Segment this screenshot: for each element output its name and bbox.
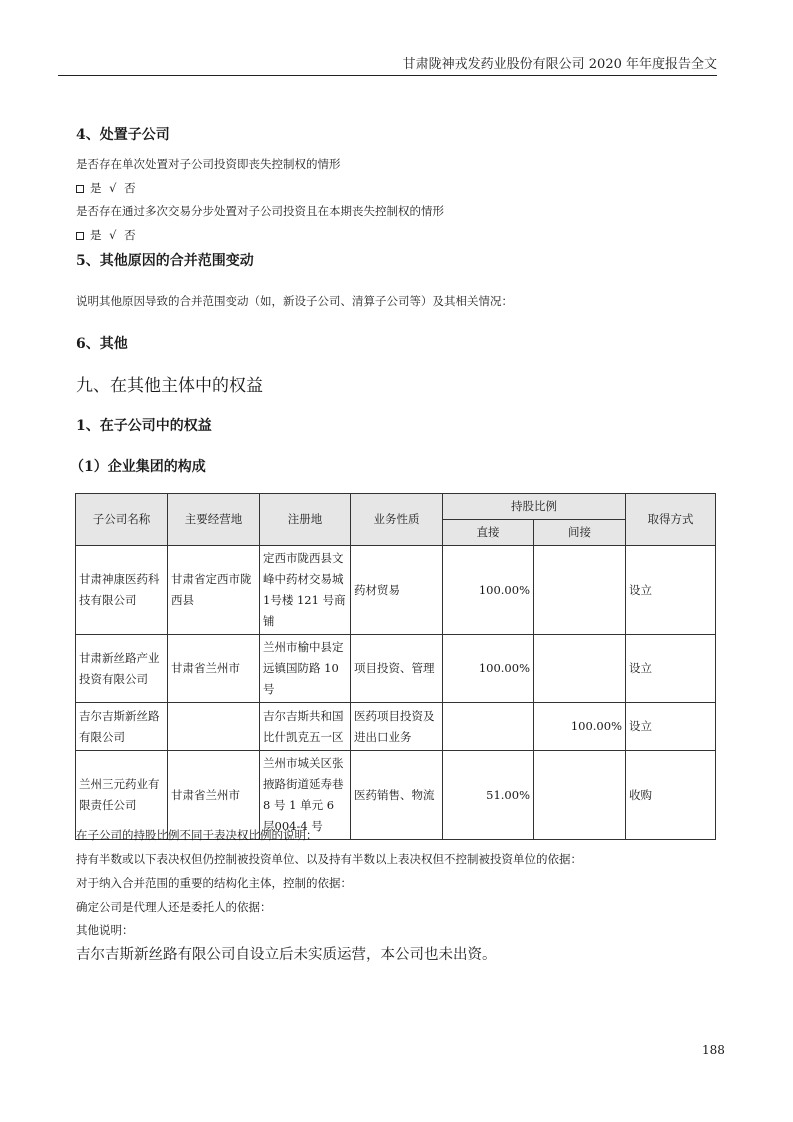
cell-direct: [443, 703, 534, 751]
checkbox-icon: [76, 232, 84, 240]
note-ratio-diff: 在子公司的持股比例不同于表决权比例的说明：: [76, 827, 318, 843]
cell-business: 医药销售、物流: [351, 751, 443, 840]
subsection-1-1-heading: （1）企业集团的构成: [70, 456, 206, 476]
header-main-place: 主要经营地: [168, 494, 260, 546]
cell-indirect: [534, 751, 626, 840]
header-indirect: 间接: [534, 520, 626, 546]
option-no: 否: [124, 228, 136, 242]
page-number: 188: [702, 1043, 725, 1057]
subsidiary-table: 子公司名称 主要经营地 注册地 业务性质 持股比例 取得方式 直接 间接 甘肃神…: [75, 493, 716, 840]
section-4-answer-2: 是 √ 否: [76, 227, 136, 243]
cell-name: 甘肃神康医药科技有限公司: [76, 546, 168, 635]
table-row: 吉尔吉斯新丝路有限公司 吉尔吉斯共和国比什凯克五一区 医药项目投资及进出口业务 …: [76, 703, 716, 751]
cell-method: 设立: [626, 546, 716, 635]
header-reg-place: 注册地: [260, 494, 351, 546]
section-4-answer-1: 是 √ 否: [76, 180, 136, 196]
section-4-question-2: 是否存在通过多次交易分步处置对子公司投资且在本期丧失控制权的情形: [76, 203, 444, 219]
header-subsidiary-name: 子公司名称: [76, 494, 168, 546]
option-yes: 是: [90, 181, 102, 195]
table-row: 甘肃新丝路产业投资有限公司 甘肃省兰州市 兰州市榆中县定远镇国防路 10 号 项…: [76, 635, 716, 703]
report-header-title: 甘肃陇神戎发药业股份有限公司 2020 年年度报告全文: [403, 53, 717, 72]
section-5-heading: 5、其他原因的合并范围变动: [76, 250, 254, 270]
cell-name: 吉尔吉斯新丝路有限公司: [76, 703, 168, 751]
note-other-label: 其他说明：: [76, 922, 134, 938]
cell-business: 项目投资、管理: [351, 635, 443, 703]
section-4-question-1: 是否存在单次处置对子公司投资即丧失控制权的情形: [76, 156, 341, 172]
header-business: 业务性质: [351, 494, 443, 546]
note-control-basis: 持有半数或以下表决权但仍控制被投资单位、以及持有半数以上表决权但不控制被投资单位…: [76, 851, 582, 867]
chapter-9-heading: 九、在其他主体中的权益: [76, 371, 263, 396]
cell-main-place: 甘肃省定西市陇西县: [168, 546, 260, 635]
cell-name: 甘肃新丝路产业投资有限公司: [76, 635, 168, 703]
cell-main-place: [168, 703, 260, 751]
cell-main-place: 甘肃省兰州市: [168, 635, 260, 703]
cell-reg-place: 定西市陇西县文峰中药材交易城1号楼 121 号商铺: [260, 546, 351, 635]
section-4-heading: 4、处置子公司: [76, 124, 170, 144]
cell-method: 收购: [626, 751, 716, 840]
section-6-heading: 6、其他: [76, 333, 128, 353]
header-share-ratio: 持股比例: [443, 494, 626, 520]
check-mark-icon: √: [109, 228, 116, 242]
table-row: 甘肃神康医药科技有限公司 甘肃省定西市陇西县 定西市陇西县文峰中药材交易城1号楼…: [76, 546, 716, 635]
cell-reg-place: 吉尔吉斯共和国比什凯克五一区: [260, 703, 351, 751]
cell-direct: 100.00%: [443, 635, 534, 703]
note-agent-principal: 确定公司是代理人还是委托人的依据：: [76, 899, 272, 915]
option-no: 否: [124, 181, 136, 195]
checkbox-icon: [76, 185, 84, 193]
cell-indirect: 100.00%: [534, 703, 626, 751]
check-mark-icon: √: [109, 181, 116, 195]
cell-reg-place: 兰州市榆中县定远镇国防路 10 号: [260, 635, 351, 703]
cell-indirect: [534, 546, 626, 635]
option-yes: 是: [90, 228, 102, 242]
section-5-description: 说明其他原因导致的合并范围变动（如，新设子公司、清算子公司等）及其相关情况：: [76, 293, 513, 309]
header-direct: 直接: [443, 520, 534, 546]
cell-business: 药材贸易: [351, 546, 443, 635]
cell-method: 设立: [626, 703, 716, 751]
header-divider: [58, 75, 717, 76]
cell-method: 设立: [626, 635, 716, 703]
note-structured-entity: 对于纳入合并范围的重要的结构化主体，控制的依据：: [76, 875, 352, 891]
cell-indirect: [534, 635, 626, 703]
cell-direct: 51.00%: [443, 751, 534, 840]
cell-direct: 100.00%: [443, 546, 534, 635]
header-acquisition-method: 取得方式: [626, 494, 716, 546]
note-other-text: 吉尔吉斯新丝路有限公司自设立后未实质运营，本公司也未出资。: [76, 943, 497, 964]
subsection-1-heading: 1、在子公司中的权益: [76, 415, 212, 435]
cell-business: 医药项目投资及进出口业务: [351, 703, 443, 751]
